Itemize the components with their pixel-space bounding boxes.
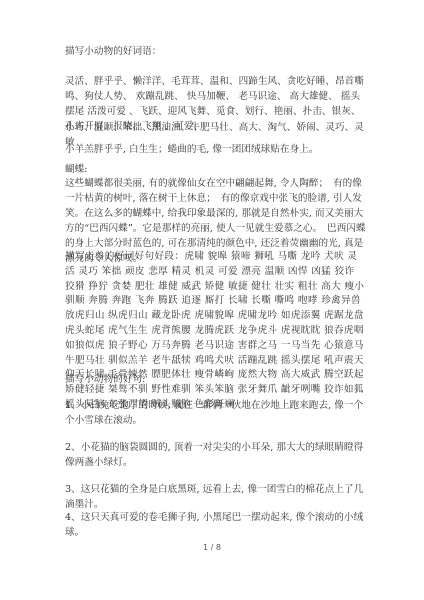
good-sentence-1: 1、小白兔吃饱了的时候, 就仨一群俩一伙地在沙地上跑来跑去, 像一个个小雪球在滚… (65, 398, 367, 428)
beast-words-paragraph: 描写走兽的好词好句好段：虎啸 貌嗥 猿啼 狮吼 马嘶 龙吟 犬吠 灵活 灵巧 笨… (65, 250, 367, 413)
page-indicator: 1 / 8 (0, 543, 424, 552)
section-heading-good-words: 描写小动物的好词语： (65, 44, 367, 59)
section-heading-good-sentences: 描写小动物的好句: (65, 372, 367, 387)
good-sentence-4: 4、这只天真可爱的卷毛狮子狗, 小黑尾巴一摆动起来, 像个滚动的小绒球。 (65, 510, 367, 540)
document-page: 描写小动物的好词语： 灵活、胖乎乎、懒洋洋、毛茸茸、温和、四蹄生风、贪吃好睡、昂… (0, 0, 424, 600)
good-sentence-3: 3、这只花猫的全身是白底黑斑, 远看上去, 像一团雪白的棉花点上了几滴墨汁。 (65, 482, 367, 512)
beast-words-label: 描写走兽的好词好句好段： (65, 251, 184, 262)
lamb-sentence: 小羊羔胖乎乎, 白生生；蜷曲的毛, 像一团团绒球贴在身上。 (65, 142, 367, 157)
section-heading-butterfly: 蝴蝶: (65, 162, 367, 177)
good-sentence-2: 2、小花猫的脑袋圆圆的, 顶着一对尖尖的小耳朵, 那大大的绿眼睛瞪得像两盏小绿灯… (65, 440, 367, 470)
